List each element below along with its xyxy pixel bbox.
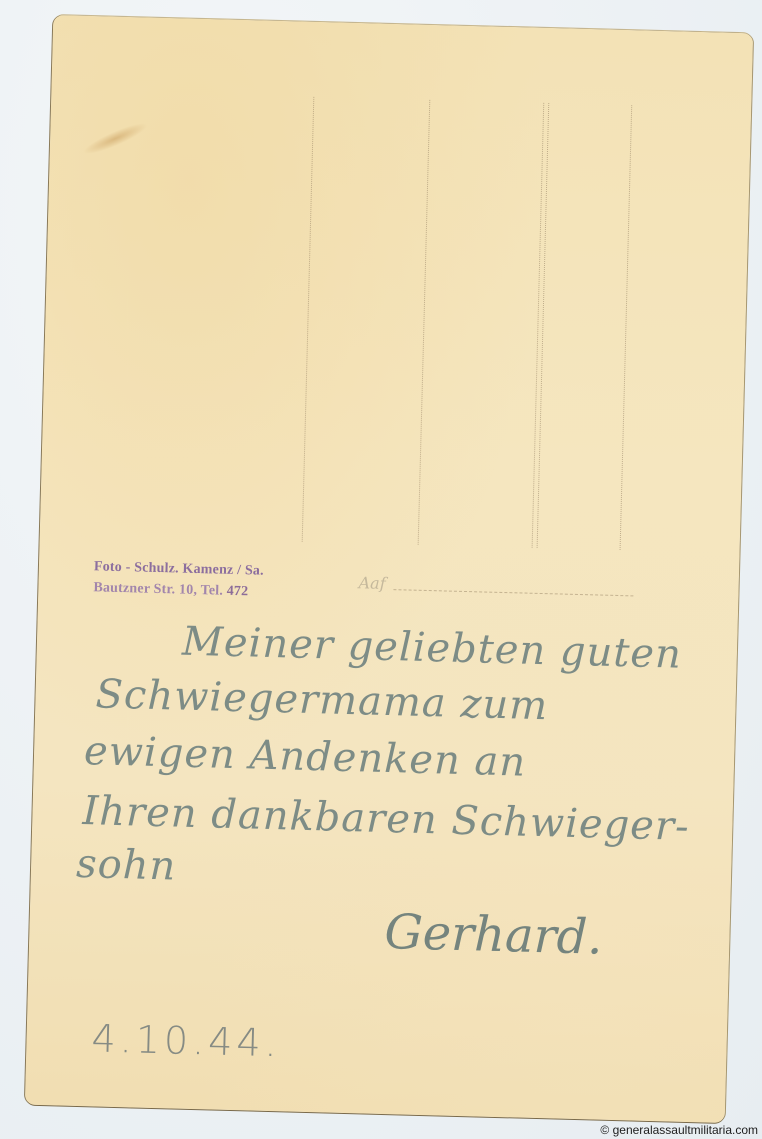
dashed-baseline [393,589,633,596]
photographer-stamp: Foto - Schulz. Kamenz / Sa. Bautzner Str… [93,556,264,602]
stamp-line-2: Bautzner Str. 10, Tel. 472 [93,577,263,602]
handwriting-line-2: Schwiegermama zum [95,671,549,729]
pencil-mark: Aaf [358,573,386,593]
postcard-back: Aaf Foto - Schulz. Kamenz / Sa. Bautzner… [25,15,753,1123]
stamp-address: Bautzner Str. 10, Tel. [93,580,227,598]
signature: Gerhard. [384,904,604,966]
stamp-tel: 472 [227,584,249,600]
dotted-divider-2 [418,100,431,545]
handwriting-line-4: Ihren dankbaren Schwieger- [82,788,690,850]
handwriting-line-3: ewigen Andenken an [84,728,527,786]
stain-mark [80,118,150,159]
handwriting-line-5: sohn [76,841,177,890]
handwriting-line-1: Meiner geliebten guten [181,619,682,678]
photo-scene: Aaf Foto - Schulz. Kamenz / Sa. Bautzner… [0,0,762,1139]
dotted-divider-3b [537,103,550,548]
copyright-watermark: © generalassaultmilitaria.com [600,1123,758,1137]
handwritten-date: 4.10.44. [91,1016,281,1065]
dotted-divider-1 [302,97,315,542]
dotted-divider-4 [620,105,633,550]
